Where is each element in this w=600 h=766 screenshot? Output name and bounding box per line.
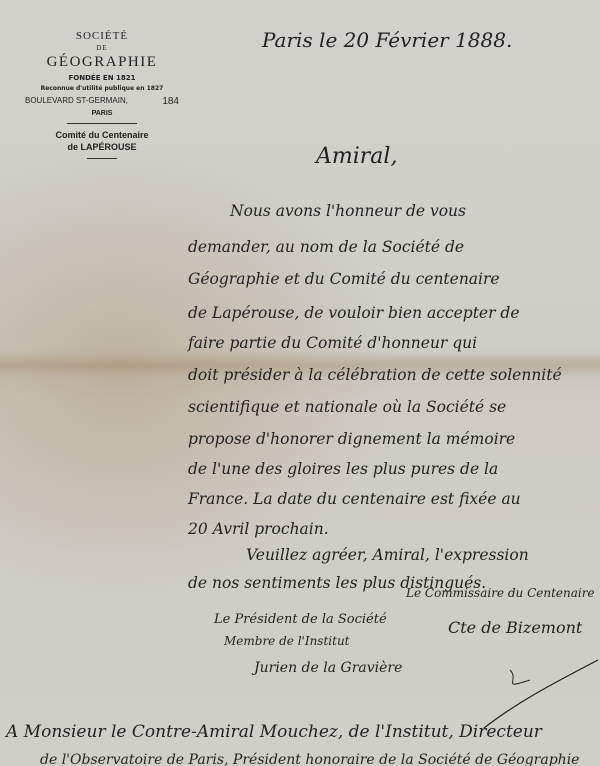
salutation: Amiral, (316, 144, 397, 169)
body-line: de Lapérouse, de vouloir bien accepter d… (188, 304, 520, 322)
signature-flourish-icon (440, 640, 600, 730)
letterhead-number: 184 (162, 96, 179, 107)
letterhead-geographie: GÉOGRAPHIE (22, 54, 182, 71)
president-title: Le Président de la Société (214, 612, 387, 627)
letterhead-divider-2 (87, 158, 117, 159)
president-signature: Jurien de la Gravière (254, 660, 402, 676)
letterhead-recognized: Reconnue d'utilité publique en 1827 (22, 85, 182, 92)
letterhead-city: PARIS (22, 110, 182, 117)
letterhead-de: DE (22, 44, 182, 52)
addressee-line-1: A Monsieur le Contre-Amiral Mouchez, de … (6, 722, 542, 742)
body-line: Veuillez agréer, Amiral, l'expression (246, 546, 529, 564)
president-membership: Membre de l'Institut (224, 634, 350, 648)
body-line: France. La date du centenaire est fixée … (188, 490, 521, 508)
letter-page: SOCIÉTÉ DE GÉOGRAPHIE FONDÉE EN 1821 Rec… (0, 0, 600, 766)
letterhead-founded: FONDÉE EN 1821 (22, 74, 182, 82)
body-line: Géographie et du Comité du centenaire (188, 270, 500, 288)
body-line: faire partie du Comité d'honneur qui (188, 334, 477, 352)
body-line: de l'une des gloires les plus pures de l… (188, 460, 498, 478)
body-line: doit présider à la célébration de cette … (188, 366, 562, 384)
body-line: scientifique et nationale où la Société … (188, 398, 506, 416)
body-line: demander, au nom de la Société de (188, 238, 464, 256)
body-line: 20 Avril prochain. (188, 520, 329, 538)
letterhead-divider (67, 123, 137, 124)
letterhead-address: BOULEVARD ST-GERMAIN, 184 (22, 96, 182, 107)
letterhead-committee-1: Comité du Centenaire (22, 130, 182, 140)
body-line: Nous avons l'honneur de vous (230, 202, 466, 220)
letterhead-committee-2: de LAPÉROUSE (22, 142, 182, 152)
body-line: propose d'honorer dignement la mémoire (188, 430, 515, 448)
commissioner-title: Le Commissaire du Centenaire (406, 586, 595, 600)
letterhead-societe: SOCIÉTÉ (22, 30, 182, 42)
addressee-line-2: de l'Observatoire de Paris, Président ho… (40, 752, 579, 766)
letterhead-street: BOULEVARD ST-GERMAIN, (25, 96, 128, 107)
letterhead: SOCIÉTÉ DE GÉOGRAPHIE FONDÉE EN 1821 Rec… (22, 30, 182, 165)
date-line: Paris le 20 Février 1888. (262, 28, 512, 52)
commissioner-signature: Cte de Bizemont (448, 618, 582, 637)
